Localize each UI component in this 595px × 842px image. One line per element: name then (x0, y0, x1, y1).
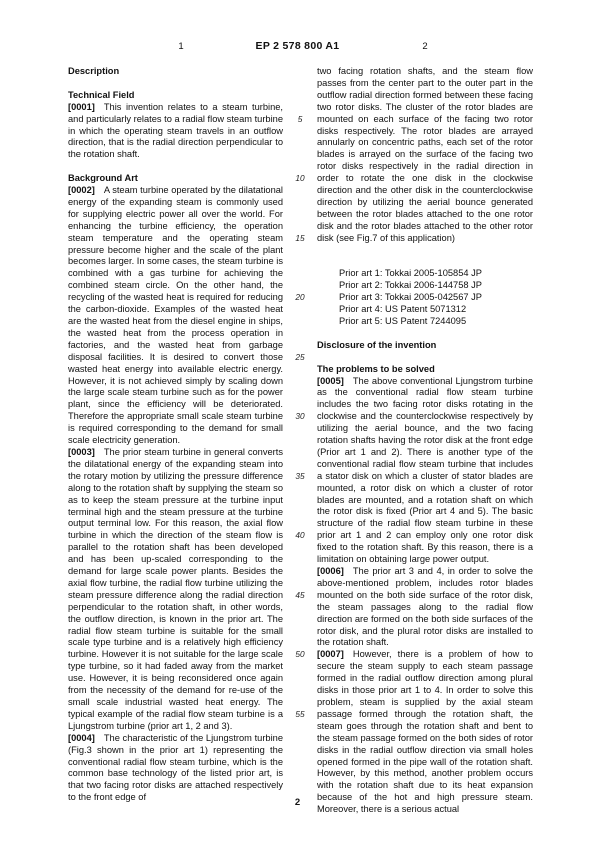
section-heading-description: Description (68, 66, 283, 78)
line-number-5: 5 (283, 114, 317, 126)
section-heading-disclosure: Disclosure of the invention (317, 340, 533, 352)
paragraph-0005: [0005]The above conventional Ljungstrom … (317, 376, 533, 567)
paragraph-number-0004: [0004] (68, 733, 104, 743)
section-heading-technical-field: Technical Field (68, 90, 283, 102)
page-number: 2 (0, 797, 595, 808)
header-column-number-right: 2 (405, 41, 445, 52)
paragraph-number-0006: [0006] (317, 566, 353, 576)
section-heading-background-art: Background Art (68, 173, 283, 185)
paragraph-number-0003: [0003] (68, 447, 104, 457)
line-number-35: 35 (283, 471, 317, 483)
paragraph-number-0005: [0005] (317, 376, 353, 386)
document-number: EP 2 578 800 A1 (0, 40, 595, 52)
left-column: Description Technical Field [0001]This i… (68, 66, 283, 816)
line-number-gutter: 5 10 15 20 25 30 35 40 45 50 55 (283, 66, 317, 816)
paragraph-text-0006: The prior art 3 and 4, in order to solve… (317, 566, 533, 647)
page-header: 1 EP 2 578 800 A1 2 (0, 40, 595, 54)
prior-art-item-1: Prior art 1: Tokkai 2005-105854 JP (339, 268, 533, 280)
paragraph-text-0003: The prior steam turbine in general conve… (68, 447, 283, 731)
line-number-15: 15 (283, 233, 317, 245)
paragraph-0006: [0006]The prior art 3 and 4, in order to… (317, 566, 533, 649)
line-number-10: 10 (283, 173, 317, 185)
paragraph-0004-continuation: two facing rotation shafts, and the stea… (317, 66, 533, 245)
paragraph-text-0005: The above conventional Ljungstrom turbin… (317, 376, 533, 565)
prior-art-item-5: Prior art 5: US Patent 7244095 (339, 316, 533, 328)
prior-art-list: Prior art 1: Tokkai 2005-105854 JP Prior… (317, 268, 533, 328)
line-number-20: 20 (283, 292, 317, 304)
paragraph-number-0001: [0001] (68, 102, 104, 112)
line-number-25: 25 (283, 352, 317, 364)
paragraph-0004: [0004]The characteristic of the Ljungstr… (68, 733, 283, 804)
right-column: two facing rotation shafts, and the stea… (317, 66, 533, 816)
paragraph-text-0007: However, there is a problem of how to se… (317, 649, 533, 814)
text-columns: Description Technical Field [0001]This i… (68, 66, 533, 816)
paragraph-0007: [0007]However, there is a problem of how… (317, 649, 533, 816)
paragraph-number-0007: [0007] (317, 649, 353, 659)
paragraph-number-0002: [0002] (68, 185, 104, 195)
prior-art-item-3: Prior art 3: Tokkai 2005-042567 JP (339, 292, 533, 304)
paragraph-text-0004: The characteristic of the Ljungstrom tur… (68, 733, 283, 803)
paragraph-0003: [0003]The prior steam turbine in general… (68, 447, 283, 733)
paragraph-0001: [0001]This invention relates to a steam … (68, 102, 283, 162)
line-number-45: 45 (283, 590, 317, 602)
section-heading-problems: The problems to be solved (317, 364, 533, 376)
line-number-50: 50 (283, 649, 317, 661)
line-number-30: 30 (283, 411, 317, 423)
paragraph-text-0002: A steam turbine operated by the dilatati… (68, 185, 283, 445)
patent-page: 1 EP 2 578 800 A1 2 Description Technica… (0, 0, 595, 842)
prior-art-item-4: Prior art 4: US Patent 5071312 (339, 304, 533, 316)
line-number-55: 55 (283, 709, 317, 721)
prior-art-item-2: Prior art 2: Tokkai 2006-144758 JP (339, 280, 533, 292)
line-number-40: 40 (283, 530, 317, 542)
paragraph-0002: [0002]A steam turbine operated by the di… (68, 185, 283, 447)
